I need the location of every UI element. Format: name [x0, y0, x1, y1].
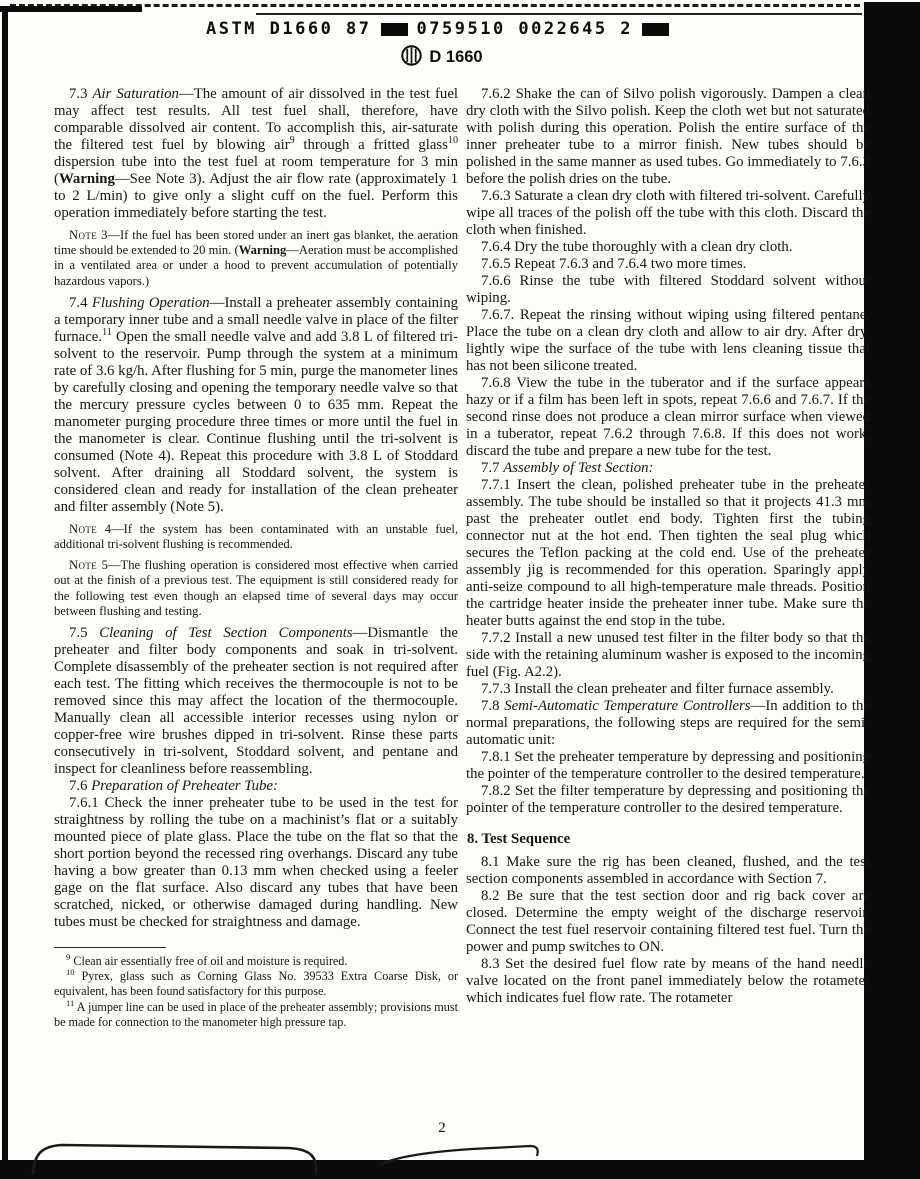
astm-logo-icon: [401, 45, 422, 66]
para-7-6-8: 7.6.8 View the tube in the tuberator and…: [466, 375, 870, 460]
note-5: Note 5—The flushing operation is conside…: [54, 558, 458, 619]
footnote-text: Clean air essentially free of oil and mo…: [70, 954, 347, 968]
para-7-6-4: 7.6.4 Dry the tube thoroughly with a cle…: [466, 239, 870, 256]
document-designation-header: D 1660: [20, 45, 864, 67]
scanned-document-page: ASTM D1660 870759510 0022645 2 D 1660 7.…: [0, 0, 920, 1179]
note-4: Note 4—If the system has been contaminat…: [54, 522, 458, 552]
top-left-scan-mark: [0, 6, 142, 12]
ocr-header-left: ASTM D1660 87: [206, 19, 372, 39]
filled-rectangle-icon: [642, 23, 669, 36]
ocr-header-line: ASTM D1660 870759510 0022645 2: [20, 19, 864, 39]
para-7-6-1: 7.6.1 Check the inner preheater tube to …: [54, 795, 458, 931]
footnote-text: A jumper line can be used in place of th…: [54, 1000, 458, 1029]
doc-code: D 1660: [429, 48, 482, 66]
footnote-marker: 10: [66, 967, 75, 977]
filled-rectangle-icon: [381, 23, 408, 36]
para-7-8-2: 7.8.2 Set the filter temperature by depr…: [466, 783, 870, 817]
para-7-6-3: 7.6.3 Saturate a clean dry cloth with fi…: [466, 188, 870, 239]
right-text-column: 7.6.2 Shake the can of Silvo polish vigo…: [466, 86, 870, 1007]
scan-swoosh-center: [380, 1146, 538, 1165]
para-7-8: 7.8 Semi-Automatic Temperature Controlle…: [466, 698, 870, 749]
para-7-8-1: 7.8.1 Set the preheater temperature by d…: [466, 749, 870, 783]
para-8-1: 8.1 Make sure the rig has been cleaned, …: [466, 854, 870, 888]
para-8-3: 8.3 Set the desired fuel flow rate by me…: [466, 956, 870, 1007]
para-7-7-1: 7.7.1 Insert the clean, polished preheat…: [466, 477, 870, 630]
para-7-3: 7.3 Air Saturation—The amount of air dis…: [54, 86, 458, 222]
footnote-10: 10 Pyrex, glass such as Corning Glass No…: [54, 969, 458, 999]
note-3: Note 3—If the fuel has been stored under…: [54, 228, 458, 289]
para-7-6-5: 7.6.5 Repeat 7.6.3 and 7.6.4 two more ti…: [466, 256, 870, 273]
footnote-text: Pyrex, glass such as Corning Glass No. 3…: [54, 969, 458, 998]
para-8-2: 8.2 Be sure that the test section door a…: [466, 888, 870, 956]
ocr-header-right: 0759510 0022645 2: [417, 19, 634, 39]
para-7-6: 7.6 Preparation of Preheater Tube:: [54, 778, 458, 795]
para-7-6-2: 7.6.2 Shake the can of Silvo polish vigo…: [466, 86, 870, 188]
header-rule-line: [256, 13, 862, 15]
para-7-7-3: 7.7.3 Install the clean preheater and fi…: [466, 681, 870, 698]
bottom-scan-swooshes: [0, 1095, 920, 1179]
footnote-divider: [54, 947, 166, 948]
footnote-block: 9 Clean air essentially free of oil and …: [54, 947, 458, 1030]
para-7-7: 7.7 Assembly of Test Section:: [466, 460, 870, 477]
para-7-7-2: 7.7.2 Install a new unused test filter i…: [466, 630, 870, 681]
para-7-6-7: 7.6.7. Repeat the rinsing without wiping…: [466, 307, 870, 375]
para-7-6-6: 7.6.6 Rinse the tube with filtered Stodd…: [466, 273, 870, 307]
left-text-column: 7.3 Air Saturation—The amount of air dis…: [54, 86, 458, 1030]
footnote-9: 9 Clean air essentially free of oil and …: [54, 954, 458, 969]
left-scan-border: [2, 8, 8, 1179]
footnote-marker: 11: [66, 998, 74, 1008]
right-scan-border: [864, 2, 920, 1179]
scan-swoosh-left: [33, 1145, 316, 1175]
para-7-4: 7.4 Flushing Operation—Install a preheat…: [54, 295, 458, 516]
heading-8: 8. Test Sequence: [466, 831, 870, 848]
para-7-5: 7.5 Cleaning of Test Section Components—…: [54, 625, 458, 778]
footnote-11: 11 A jumper line can be used in place of…: [54, 1000, 458, 1030]
